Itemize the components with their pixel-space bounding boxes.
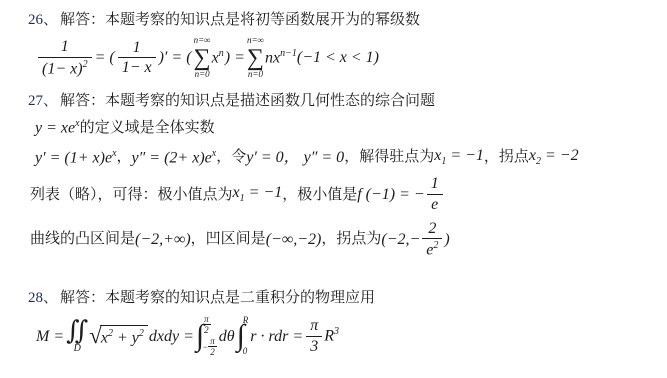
result-base: R bbox=[324, 328, 334, 345]
problem-28-title-line: 28、解答：本题考察的知识点是二重积分的物理应用 bbox=[28, 288, 667, 308]
result-term: R3 bbox=[324, 326, 339, 346]
fraction-denominator: 3 bbox=[306, 337, 322, 356]
fraction-denominator: e bbox=[427, 195, 443, 214]
sum-body: nxn−1 bbox=[265, 48, 297, 68]
problem-26-title-line: 26、解答：本题考察的知识点是将初等函数展开为的幂级数 bbox=[28, 10, 667, 30]
comma: ， bbox=[117, 148, 132, 166]
fraction: π 3 bbox=[306, 317, 322, 355]
sigma-symbol: ∑ bbox=[247, 46, 264, 70]
problem-27-title: 解答：本题考察的知识点是描述函数几何性态的综合问题 bbox=[60, 93, 435, 109]
concave-interval: (−∞,−2) bbox=[266, 230, 322, 249]
inflection-point-value: x2 = −2 bbox=[529, 146, 579, 168]
domain-statement: 的定义域是全体实数 bbox=[80, 119, 215, 137]
sum-body: xn bbox=[212, 48, 224, 68]
integral-lower-limit: −π2 bbox=[202, 337, 217, 357]
mass-equals: M = bbox=[36, 327, 64, 346]
radicand-y-exponent: 2 bbox=[139, 328, 144, 339]
function-base: y = xe bbox=[35, 119, 75, 136]
variable: x bbox=[233, 184, 240, 201]
radius-integral: ∫ R 0 bbox=[237, 315, 249, 357]
table-omitted-text: 列表（略），可得：极小值点为 bbox=[30, 186, 233, 204]
problem-27-number: 27、 bbox=[28, 93, 58, 109]
dtheta: dθ bbox=[219, 327, 235, 346]
let-text: ，令 bbox=[216, 148, 246, 166]
denominator-base: (1− x) bbox=[42, 60, 83, 77]
derivative-base: y′ = (1+ x)e bbox=[35, 149, 112, 166]
result-exponent: 3 bbox=[334, 326, 339, 337]
stationary-point-text: ，解得驻点为 bbox=[344, 148, 434, 166]
radical-sign: √ bbox=[89, 324, 102, 347]
first-derivative: y′ = (1+ x)ex bbox=[35, 148, 117, 168]
inflection-point-text: ，拐点为 bbox=[321, 230, 381, 248]
concave-interval-text: ，凹区间是 bbox=[191, 230, 266, 248]
fraction-numerator: 1 bbox=[118, 39, 156, 59]
dxdy-equals: dxdy = bbox=[149, 327, 194, 346]
set-zero-equations: y′ = 0， y″ = 0 bbox=[246, 148, 344, 167]
problem-28-formula: M = ∬ D √ x2 + y2 dxdy = ∫ π2 −π2 dθ ∫ bbox=[35, 315, 667, 357]
integral-limits: π2 −π2 bbox=[202, 315, 217, 357]
convex-interval-text: 曲线的凸区间是 bbox=[30, 230, 135, 248]
double-integral: ∬ D bbox=[66, 318, 88, 354]
denominator-exponent: 2 bbox=[83, 59, 88, 70]
fraction: 2 e2 bbox=[422, 220, 442, 260]
variable: x bbox=[529, 147, 536, 164]
radicand: x2 + y2 bbox=[100, 325, 148, 348]
fraction-denominator: (1− x)2 bbox=[38, 58, 92, 78]
integral-upper-limit: π2 bbox=[202, 315, 211, 336]
close-equals: ) = bbox=[225, 48, 245, 67]
integrand-equals: r · rdr = bbox=[250, 327, 303, 346]
problem-28-title: 解答：本题考察的知识点是二重积分的物理应用 bbox=[60, 290, 375, 306]
integral-domain: D bbox=[74, 344, 81, 354]
denominator-exponent: 2 bbox=[433, 240, 438, 251]
fraction: 1 (1− x)2 bbox=[38, 38, 92, 78]
fraction-numerator: 2 bbox=[422, 220, 442, 240]
close-prime-equals: )′ = ( bbox=[159, 48, 192, 67]
problem-26-title: 解答：本题考察的知识点是将初等函数展开为的幂级数 bbox=[60, 12, 420, 28]
minimum-line: 列表（略），可得：极小值点为 x1 = −1 ，极小值是 f (−1) = − … bbox=[30, 175, 667, 213]
problem-26-formula: 1 (1− x)2 = ( 1 1− x )′ = ( n=∞ ∑ n=0 xn… bbox=[36, 36, 667, 80]
problem-28-number: 28、 bbox=[28, 290, 58, 306]
derivative-base: y″ = (2+ x)e bbox=[132, 149, 212, 166]
theta-integral: ∫ π2 −π2 bbox=[196, 315, 217, 357]
convex-interval: (−2,+∞) bbox=[135, 230, 191, 249]
limit-denominator: 2 bbox=[208, 347, 217, 357]
fraction-denominator: 1− x bbox=[118, 58, 156, 77]
radicand-y: + y bbox=[113, 329, 139, 346]
fraction: 1 1− x bbox=[118, 39, 156, 77]
problem-26-number: 26、 bbox=[28, 12, 58, 28]
sum-lower-limit: n=0 bbox=[195, 70, 210, 80]
solutions-document: 26、解答：本题考察的知识点是将初等函数展开为的幂级数 1 (1− x)2 = … bbox=[0, 0, 667, 378]
domain-line: y = xex 的定义域是全体实数 bbox=[35, 118, 667, 138]
fraction-numerator: 1 bbox=[427, 175, 443, 195]
equals-open: = ( bbox=[95, 48, 115, 67]
limit-numerator: π bbox=[202, 315, 211, 325]
limit-denominator: 2 bbox=[202, 325, 211, 335]
stationary-point-value: x1 = −1 bbox=[434, 146, 484, 168]
value: = −1 bbox=[245, 184, 283, 201]
function-expression: y = xex bbox=[35, 118, 80, 138]
integral-upper-limit: R bbox=[243, 315, 249, 326]
sum-body-base: x bbox=[212, 49, 219, 66]
inflection-close: ) bbox=[444, 230, 449, 249]
fraction-numerator: 1 bbox=[38, 38, 92, 58]
integral-limits: R 0 bbox=[243, 315, 249, 357]
square-root: √ x2 + y2 bbox=[89, 325, 148, 348]
integral-lower-limit: 0 bbox=[243, 346, 248, 357]
sigma-symbol: ∑ bbox=[194, 46, 211, 70]
summation: n=∞ ∑ n=0 bbox=[194, 36, 211, 80]
convergence-interval: (−1 < x < 1) bbox=[297, 48, 379, 67]
sum-body-exponent: n−1 bbox=[280, 48, 297, 59]
derivative-line: y′ = (1+ x)ex ， y″ = (2+ x)ex ，令 y′ = 0，… bbox=[35, 146, 667, 168]
second-derivative: y″ = (2+ x)ex bbox=[132, 148, 217, 168]
summation: n=∞ ∑ n=0 bbox=[247, 36, 264, 80]
limit-numerator: π bbox=[208, 337, 217, 347]
sum-body-exponent: n bbox=[219, 48, 224, 59]
minimum-value-expression: f (−1) = − bbox=[357, 185, 425, 204]
sum-lower-limit: n=0 bbox=[248, 70, 263, 80]
interval-line: 曲线的凸区间是 (−2,+∞) ，凹区间是 (−∞,−2) ，拐点为 (−2,−… bbox=[30, 220, 667, 260]
problem-27-title-line: 27、解答：本题考察的知识点是描述函数几何性态的综合问题 bbox=[28, 91, 667, 111]
fraction-denominator: e2 bbox=[422, 239, 442, 259]
inflection-open: (−2,− bbox=[381, 230, 420, 249]
fraction: 1 e bbox=[427, 175, 443, 213]
minimum-point-value: x1 = −1 bbox=[233, 183, 283, 205]
minimum-value-text: ，极小值是 bbox=[282, 186, 357, 204]
inflection-text: ，拐点 bbox=[484, 148, 529, 166]
double-integral-symbol: ∬ bbox=[66, 318, 88, 344]
sum-body-base: nx bbox=[265, 49, 280, 66]
value: = −1 bbox=[446, 147, 484, 164]
fraction-numerator: π bbox=[306, 317, 322, 337]
value: = −2 bbox=[541, 147, 579, 164]
